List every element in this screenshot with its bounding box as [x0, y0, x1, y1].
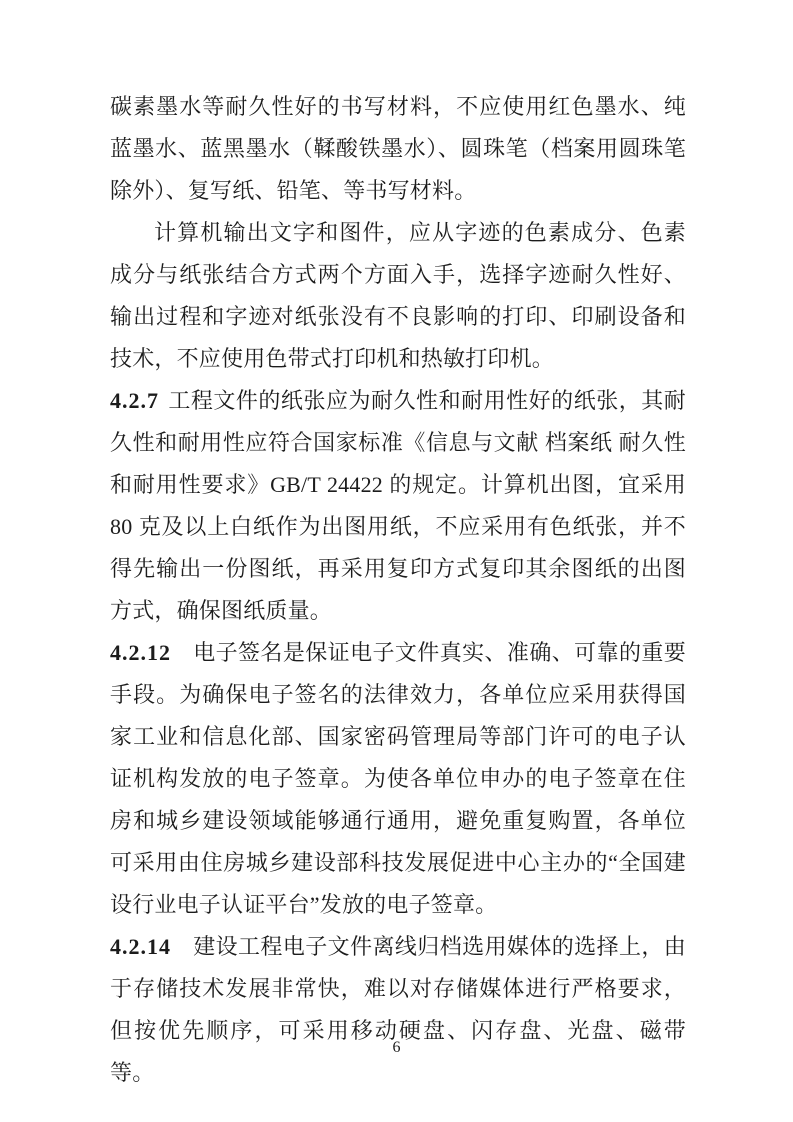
document-page: 碳素墨水等耐久性好的书写材料，不应使用红色墨水、纯蓝墨水、蓝黑墨水（鞣酸铁墨水）…: [0, 0, 793, 1122]
paragraph-text: 建设工程电子文件离线归档选用媒体的选择上，由于存储技术发展非常快，难以对存储媒体…: [110, 934, 686, 1085]
section-number: 4.2.14: [110, 934, 171, 959]
paragraph: 碳素墨水等耐久性好的书写材料，不应使用红色墨水、纯蓝墨水、蓝黑墨水（鞣酸铁墨水）…: [110, 86, 686, 212]
section-number: 4.2.7: [110, 388, 159, 413]
section-number: 4.2.12: [110, 640, 171, 665]
paragraph-text: 碳素墨水等耐久性好的书写材料，不应使用红色墨水、纯蓝墨水、蓝黑墨水（鞣酸铁墨水）…: [110, 94, 686, 203]
paragraph-text: 计算机输出文字和图件，应从字迹的色素成分、色素成分与纸张结合方式两个方面入手，选…: [110, 220, 686, 371]
paragraph-text: 工程文件的纸张应为耐久性和耐用性好的纸张，其耐久性和耐用性应符合国家标准《信息与…: [110, 388, 686, 623]
paragraph-text: 电子签名是保证电子文件真实、准确、可靠的重要手段。为确保电子签名的法律效力，各单…: [110, 640, 686, 917]
text-block: 碳素墨水等耐久性好的书写材料，不应使用红色墨水、纯蓝墨水、蓝黑墨水（鞣酸铁墨水）…: [110, 86, 686, 1094]
paragraph: 4.2.12电子签名是保证电子文件真实、准确、可靠的重要手段。为确保电子签名的法…: [110, 632, 686, 926]
paragraph: 4.2.7工程文件的纸张应为耐久性和耐用性好的纸张，其耐久性和耐用性应符合国家标…: [110, 380, 686, 632]
paragraph: 计算机输出文字和图件，应从字迹的色素成分、色素成分与纸张结合方式两个方面入手，选…: [110, 212, 686, 380]
page-number: 6: [0, 1038, 793, 1058]
paragraph: 4.2.14建设工程电子文件离线归档选用媒体的选择上，由于存储技术发展非常快，难…: [110, 926, 686, 1094]
